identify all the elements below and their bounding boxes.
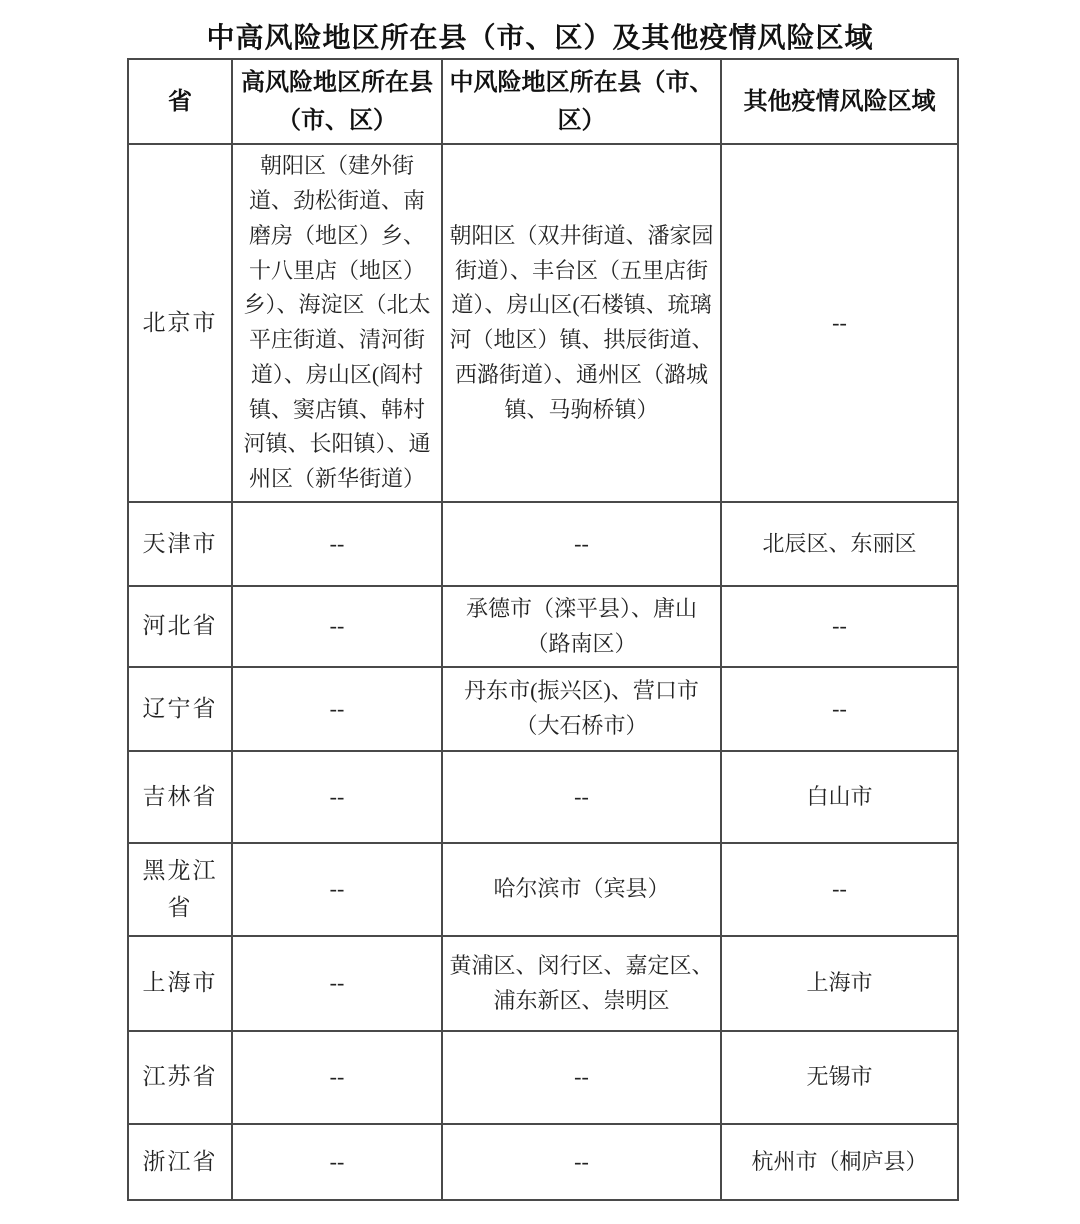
- medium-risk-cell: 承德市（滦平县）、唐山（路南区）: [442, 586, 721, 667]
- medium-risk-cell: 丹东市(振兴区)、营口市（大石桥市）: [442, 667, 721, 751]
- other-risk-cell: 白山市: [721, 751, 958, 843]
- table-row-zhejiang: 浙江省 -- -- 杭州市（桐庐县）: [128, 1124, 958, 1200]
- province-cell: 北京市: [128, 144, 232, 502]
- province-cell: 黑龙江省: [128, 843, 232, 936]
- medium-risk-cell: 朝阳区（双井街道、潘家园街道）、丰台区（五里店街道）、房山区(石楼镇、琉璃河（地…: [442, 144, 721, 502]
- medium-risk-cell: --: [442, 502, 721, 586]
- other-risk-cell: --: [721, 586, 958, 667]
- header-medium-risk: 中风险地区所在县（市、区）: [442, 59, 721, 144]
- high-risk-cell: --: [232, 667, 442, 751]
- header-other-risk: 其他疫情风险区域: [721, 59, 958, 144]
- medium-risk-cell: 哈尔滨市（宾县）: [442, 843, 721, 936]
- table-row-heilongjiang: 黑龙江省 -- 哈尔滨市（宾县） --: [128, 843, 958, 936]
- high-risk-cell: --: [232, 751, 442, 843]
- medium-risk-cell: --: [442, 1031, 721, 1124]
- risk-area-table: 省 高风险地区所在县（市、区） 中风险地区所在县（市、区） 其他疫情风险区域 北…: [127, 58, 959, 1201]
- high-risk-cell: --: [232, 1124, 442, 1200]
- table-row-beijing: 北京市 朝阳区（建外街道、劲松街道、南磨房（地区）乡、十八里店（地区）乡）、海淀…: [128, 144, 958, 502]
- province-cell: 吉林省: [128, 751, 232, 843]
- medium-risk-cell: --: [442, 751, 721, 843]
- high-risk-cell: --: [232, 1031, 442, 1124]
- high-risk-cell: --: [232, 586, 442, 667]
- other-risk-cell: 杭州市（桐庐县）: [721, 1124, 958, 1200]
- high-risk-cell: --: [232, 936, 442, 1031]
- other-risk-cell: 无锡市: [721, 1031, 958, 1124]
- table-row-hebei: 河北省 -- 承德市（滦平县）、唐山（路南区） --: [128, 586, 958, 667]
- province-cell: 辽宁省: [128, 667, 232, 751]
- province-cell: 江苏省: [128, 1031, 232, 1124]
- medium-risk-cell: 黄浦区、闵行区、嘉定区、浦东新区、崇明区: [442, 936, 721, 1031]
- table-header-row: 省 高风险地区所在县（市、区） 中风险地区所在县（市、区） 其他疫情风险区域: [128, 59, 958, 144]
- other-risk-cell: 上海市: [721, 936, 958, 1031]
- high-risk-cell: --: [232, 843, 442, 936]
- province-cell: 上海市: [128, 936, 232, 1031]
- table-row-tianjin: 天津市 -- -- 北辰区、东丽区: [128, 502, 958, 586]
- province-cell: 浙江省: [128, 1124, 232, 1200]
- table-row-jilin: 吉林省 -- -- 白山市: [128, 751, 958, 843]
- other-risk-cell: 北辰区、东丽区: [721, 502, 958, 586]
- table-row-liaoning: 辽宁省 -- 丹东市(振兴区)、营口市（大石桥市） --: [128, 667, 958, 751]
- other-risk-cell: --: [721, 667, 958, 751]
- high-risk-cell: --: [232, 502, 442, 586]
- header-province: 省: [128, 59, 232, 144]
- table-row-jiangsu: 江苏省 -- -- 无锡市: [128, 1031, 958, 1124]
- other-risk-cell: --: [721, 843, 958, 936]
- table-row-shanghai: 上海市 -- 黄浦区、闵行区、嘉定区、浦东新区、崇明区 上海市: [128, 936, 958, 1031]
- high-risk-cell: 朝阳区（建外街道、劲松街道、南磨房（地区）乡、十八里店（地区）乡）、海淀区（北太…: [232, 144, 442, 502]
- other-risk-cell: --: [721, 144, 958, 502]
- medium-risk-cell: --: [442, 1124, 721, 1200]
- province-cell: 河北省: [128, 586, 232, 667]
- page-title: 中高风险地区所在县（市、区）及其他疫情风险区域: [0, 16, 1080, 56]
- province-cell: 天津市: [128, 502, 232, 586]
- header-high-risk: 高风险地区所在县（市、区）: [232, 59, 442, 144]
